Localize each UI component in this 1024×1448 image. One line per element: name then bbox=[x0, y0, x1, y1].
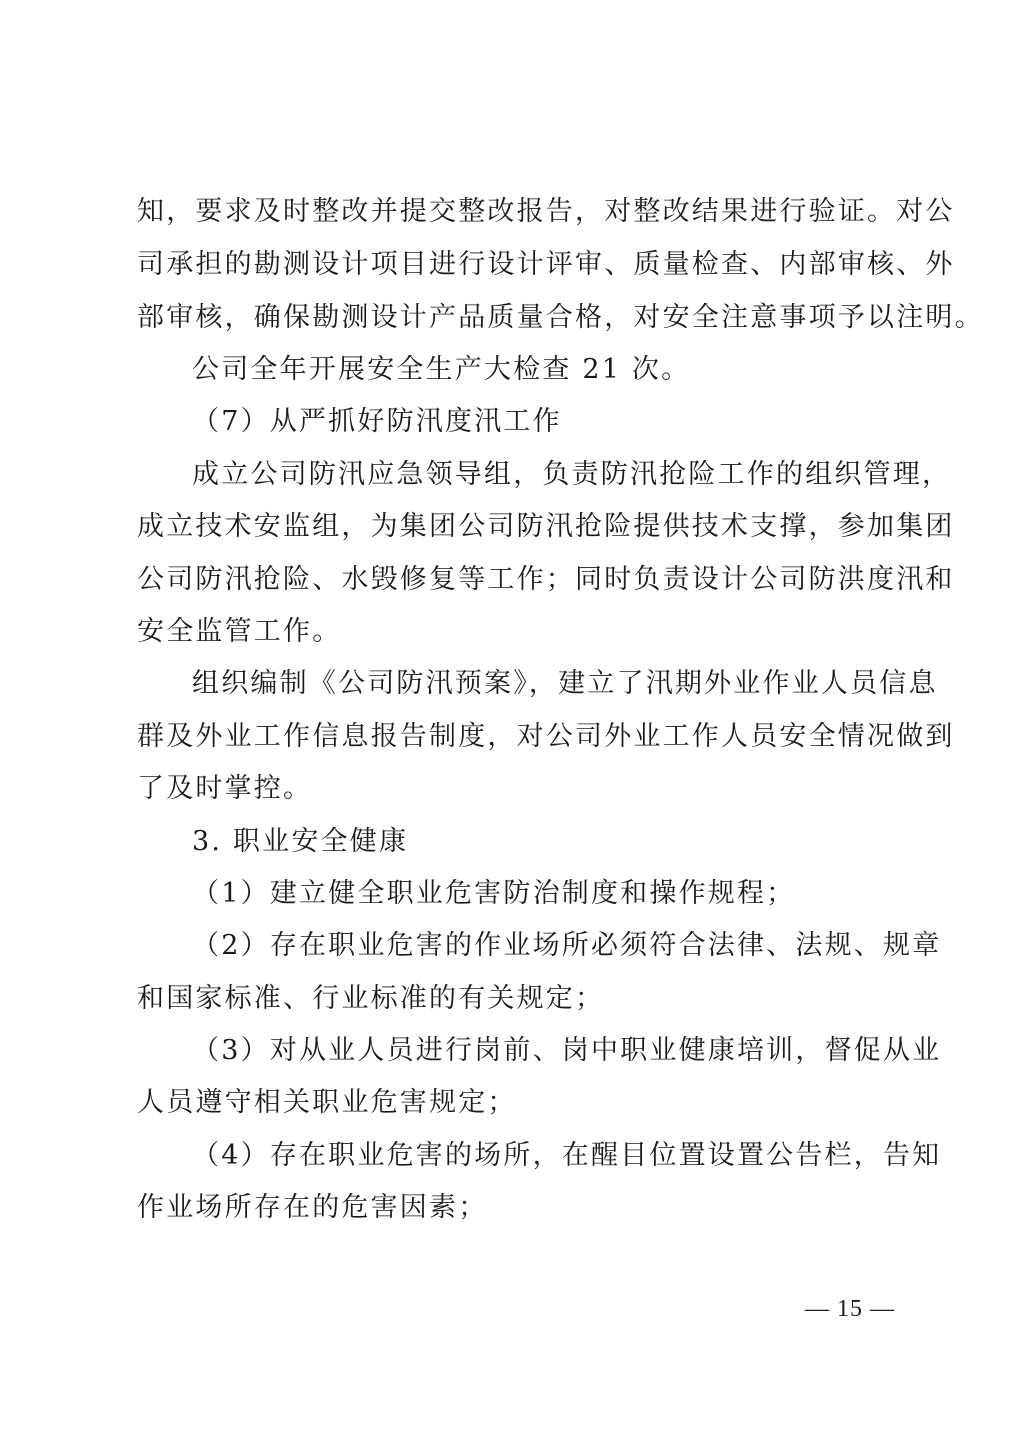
text-line: 安全监管工作。 bbox=[137, 612, 897, 652]
text-line: 司承担的勘测设计项目进行设计评审、质量检查、内部审核、外 bbox=[137, 245, 897, 285]
text-line: 作业场所存在的危害因素； bbox=[137, 1188, 897, 1228]
text-line: 和国家标准、行业标准的有关规定； bbox=[137, 979, 897, 1019]
text-line: 3. 职业安全健康 bbox=[192, 822, 897, 862]
text-line: （1）建立健全职业危害防治制度和操作规程； bbox=[192, 874, 897, 914]
text-line: 公司全年开展安全生产大检查 21 次。 bbox=[192, 350, 897, 390]
text-line: 组织编制《公司防汛预案》，建立了汛期外业作业人员信息 bbox=[192, 664, 897, 704]
text-line: （2）存在职业危害的作业场所必须符合法律、法规、规章 bbox=[192, 926, 897, 966]
page-number: — 15 — bbox=[800, 1296, 900, 1323]
text-line: 公司防汛抢险、水毁修复等工作；同时负责设计公司防洪度汛和 bbox=[137, 560, 897, 600]
text-line: 成立技术安监组，为集团公司防汛抢险提供技术支撑，参加集团 bbox=[137, 507, 897, 547]
document-page: 知，要求及时整改并提交整改报告，对整改结果进行验证。对公司承担的勘测设计项目进行… bbox=[0, 0, 1024, 1448]
text-line: （7）从严抓好防汛度汛工作 bbox=[192, 402, 897, 442]
text-line: 人员遵守相关职业危害规定； bbox=[137, 1083, 897, 1123]
text-line: 群及外业工作信息报告制度，对公司外业工作人员安全情况做到 bbox=[137, 717, 897, 757]
text-line: 部审核，确保勘测设计产品质量合格，对安全注意事项予以注明。 bbox=[137, 298, 897, 338]
text-line: 了及时掌控。 bbox=[137, 769, 897, 809]
text-line: （4）存在职业危害的场所，在醒目位置设置公告栏，告知 bbox=[192, 1136, 897, 1176]
text-line: （3）对从业人员进行岗前、岗中职业健康培训，督促从业 bbox=[192, 1031, 897, 1071]
text-line: 成立公司防汛应急领导组，负责防汛抢险工作的组织管理， bbox=[192, 455, 897, 495]
text-line: 知，要求及时整改并提交整改报告，对整改结果进行验证。对公 bbox=[137, 192, 897, 232]
